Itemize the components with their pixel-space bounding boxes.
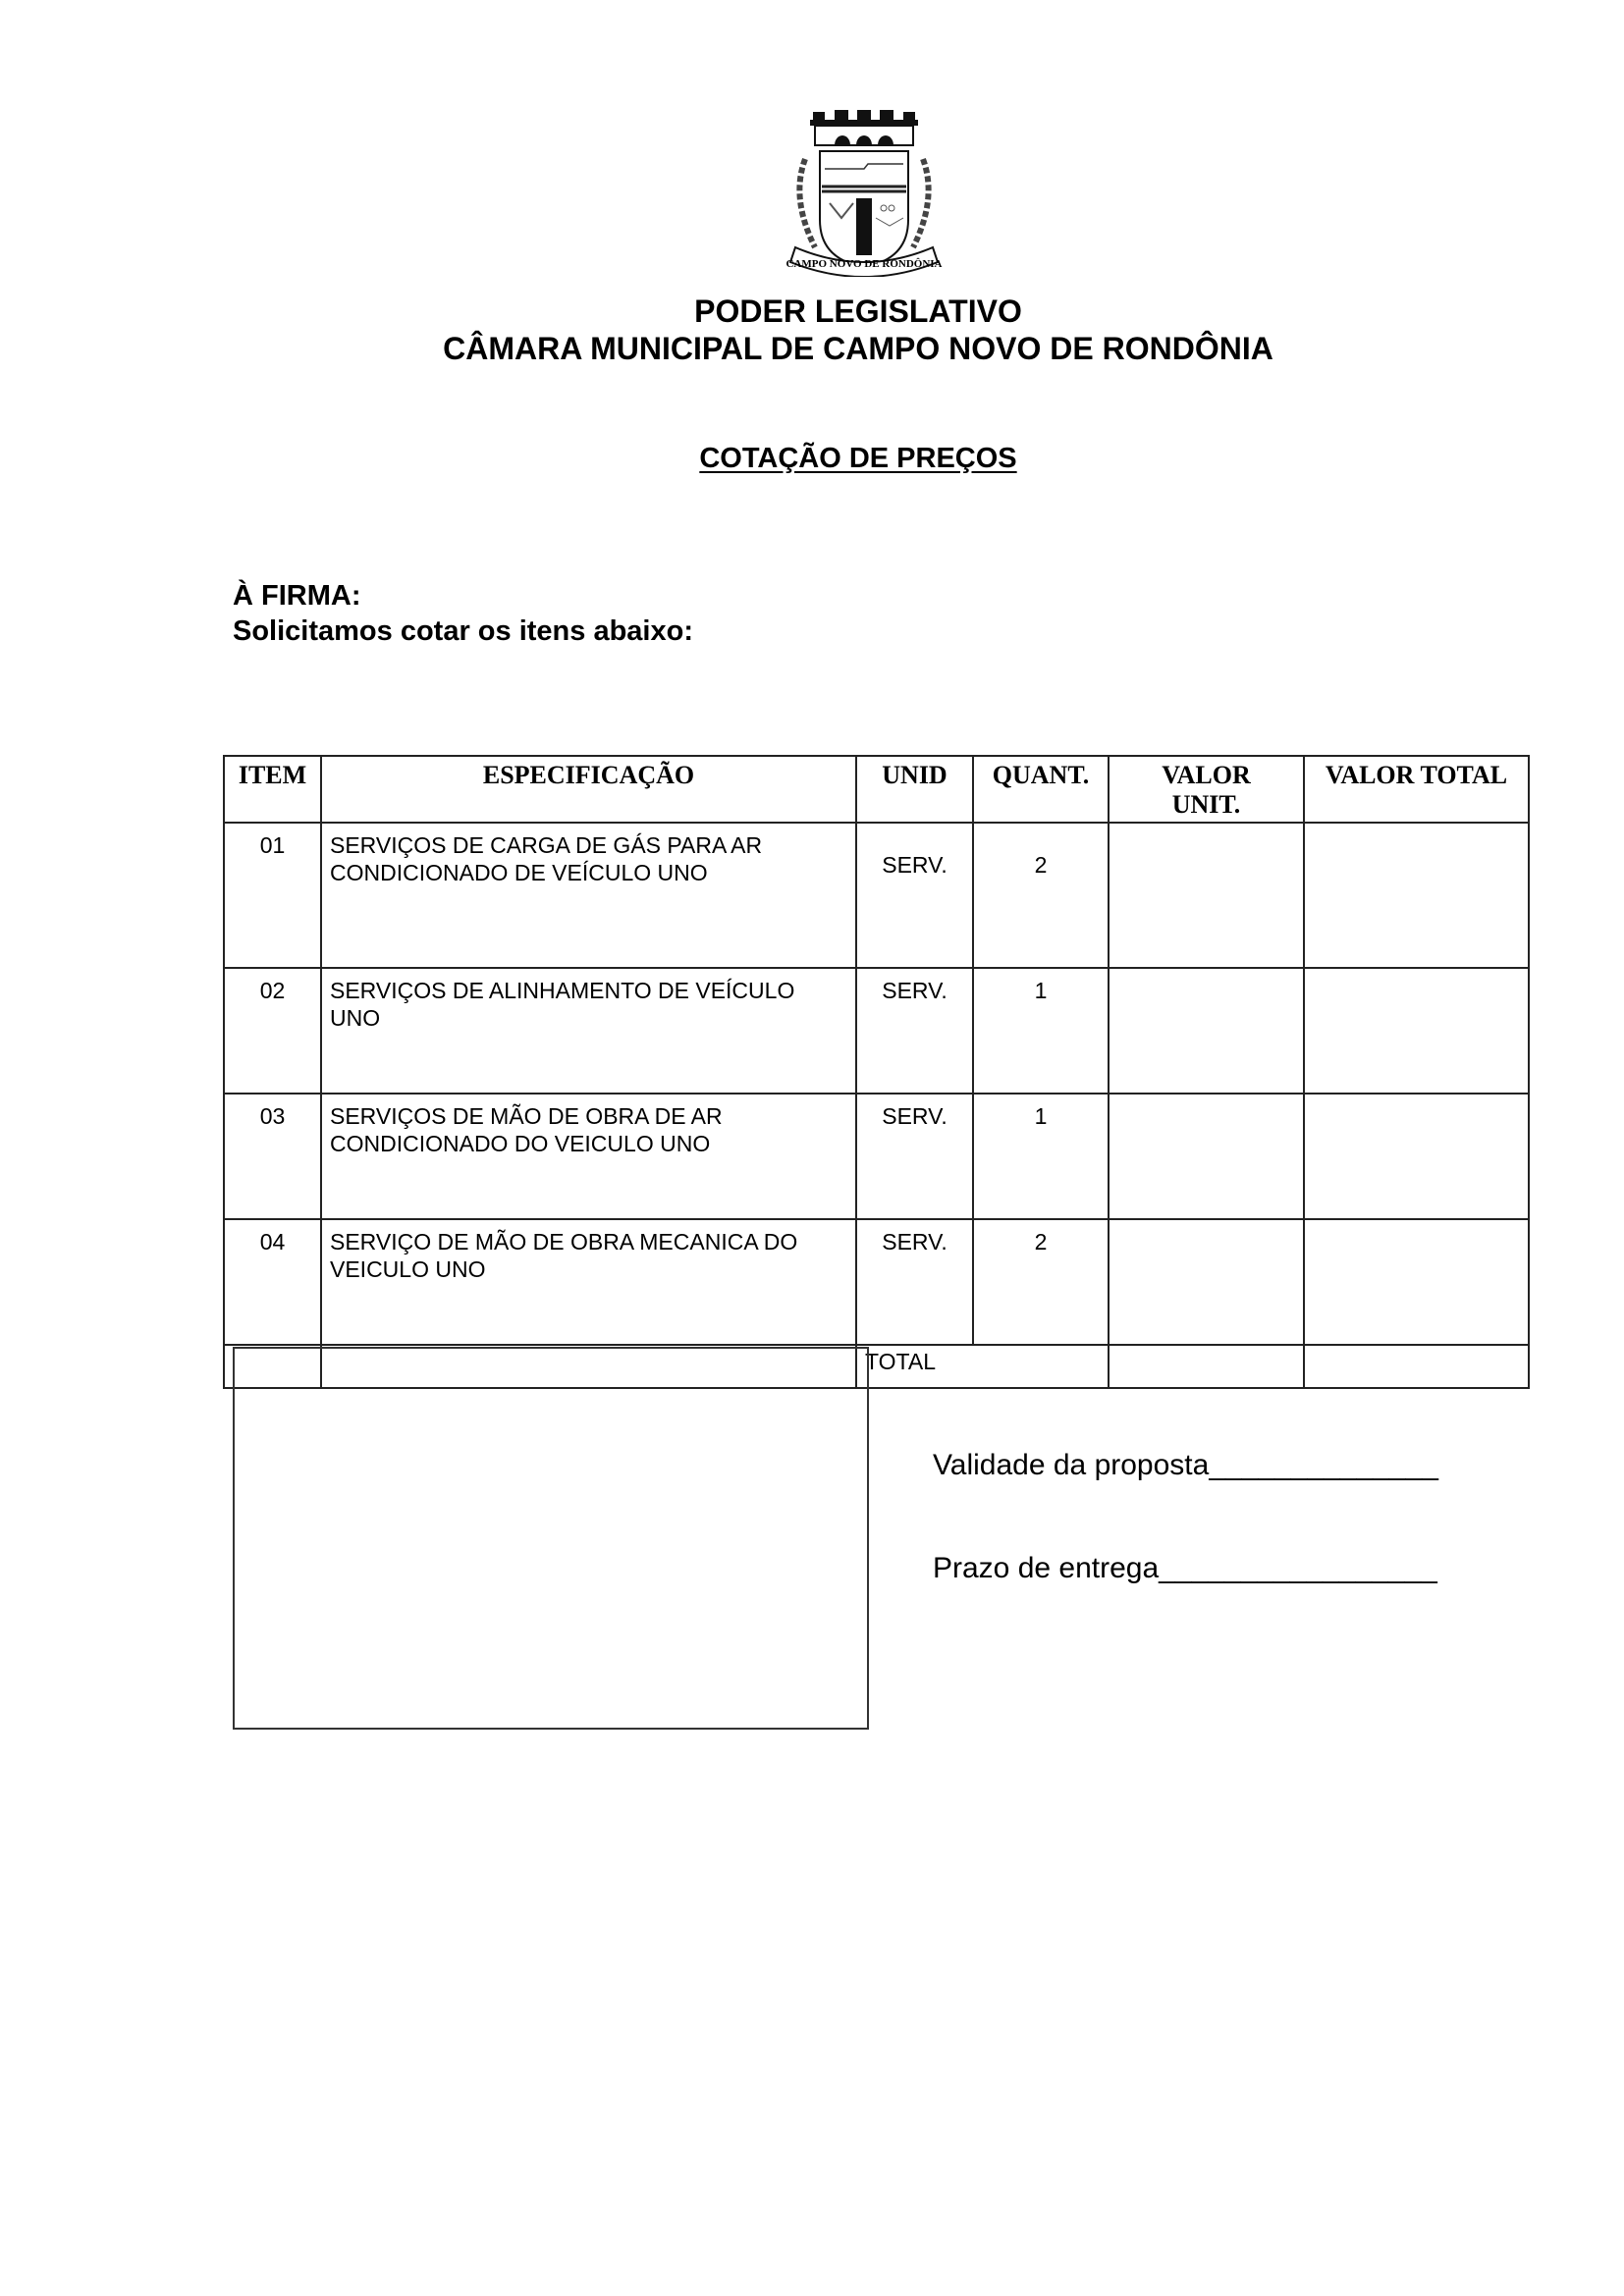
page-title: COTAÇÃO DE PREÇOS [0, 440, 1624, 477]
col-header-item: ITEM [224, 756, 321, 823]
cell-spec: SERVIÇOS DE CARGA DE GÁS PARA AR CONDICI… [321, 823, 856, 968]
header-line-2: CÂMARA MUNICIPAL DE CAMPO NOVO DE RONDÔN… [0, 330, 1624, 367]
cell-valor-unit[interactable] [1109, 968, 1304, 1094]
municipal-coat-of-arms-icon: CAMPO NOVO DE RONDÔNIA [766, 110, 962, 277]
table-row: 04 SERVIÇO DE MÃO DE OBRA MECANICA DO VE… [224, 1219, 1529, 1345]
proposal-validity-field[interactable]: Validade da proposta______________ [933, 1448, 1438, 1483]
table-header-row: ITEM ESPECIFICAÇÃO UNID QUANT. VALOR UNI… [224, 756, 1529, 823]
col-header-quant: QUANT. [973, 756, 1109, 823]
cell-item: 03 [224, 1094, 321, 1219]
cell-quant: 1 [973, 1094, 1109, 1219]
cell-unid: SERV. [856, 968, 973, 1094]
svg-text:CAMPO NOVO DE RONDÔNIA: CAMPO NOVO DE RONDÔNIA [786, 257, 943, 270]
cell-valor-total[interactable] [1304, 1219, 1529, 1345]
cell-spec: SERVIÇO DE MÃO DE OBRA MECANICA DO VEICU… [321, 1219, 856, 1345]
cell-valor-unit[interactable] [1109, 823, 1304, 968]
col-header-valor-unit: VALOR UNIT. [1109, 756, 1304, 823]
table-row: 03 SERVIÇOS DE MÃO DE OBRA DE AR CONDICI… [224, 1094, 1529, 1219]
cell-valor-total[interactable] [1304, 968, 1529, 1094]
cell-spec: SERVIÇOS DE MÃO DE OBRA DE AR CONDICIONA… [321, 1094, 856, 1219]
cell-item: 04 [224, 1219, 321, 1345]
cell-unid: SERV. [856, 823, 973, 968]
total-value-cell[interactable] [1304, 1345, 1529, 1388]
table-row: 01 SERVIÇOS DE CARGA DE GÁS PARA AR COND… [224, 823, 1529, 968]
cell-unid: SERV. [856, 1219, 973, 1345]
cell-item: 01 [224, 823, 321, 968]
delivery-deadline-field[interactable]: Prazo de entrega_________________ [933, 1551, 1437, 1586]
col-header-valor-total: VALOR TOTAL [1304, 756, 1529, 823]
total-label: TOTAL [856, 1345, 1109, 1388]
cell-valor-total[interactable] [1304, 823, 1529, 968]
cell-valor-total[interactable] [1304, 1094, 1529, 1219]
col-header-unid: UNID [856, 756, 973, 823]
addressee-label: À FIRMA: [233, 579, 360, 613]
cell-quant: 1 [973, 968, 1109, 1094]
cell-valor-unit[interactable] [1109, 1094, 1304, 1219]
total-unit-cell[interactable] [1109, 1345, 1304, 1388]
cell-valor-unit[interactable] [1109, 1219, 1304, 1345]
col-header-spec: ESPECIFICAÇÃO [321, 756, 856, 823]
quote-table: ITEM ESPECIFICAÇÃO UNID QUANT. VALOR UNI… [223, 755, 1530, 1389]
header-line-1: PODER LEGISLATIVO [0, 293, 1624, 330]
cell-spec: SERVIÇOS DE ALINHAMENTO DE VEÍCULO UNO [321, 968, 856, 1094]
cell-quant: 2 [973, 1219, 1109, 1345]
cell-item: 02 [224, 968, 321, 1094]
stamp-signature-box[interactable] [233, 1347, 869, 1730]
cell-unid: SERV. [856, 1094, 973, 1219]
table-row: 02 SERVIÇOS DE ALINHAMENTO DE VEÍCULO UN… [224, 968, 1529, 1094]
request-text: Solicitamos cotar os itens abaixo: [233, 614, 693, 648]
cell-quant: 2 [973, 823, 1109, 968]
